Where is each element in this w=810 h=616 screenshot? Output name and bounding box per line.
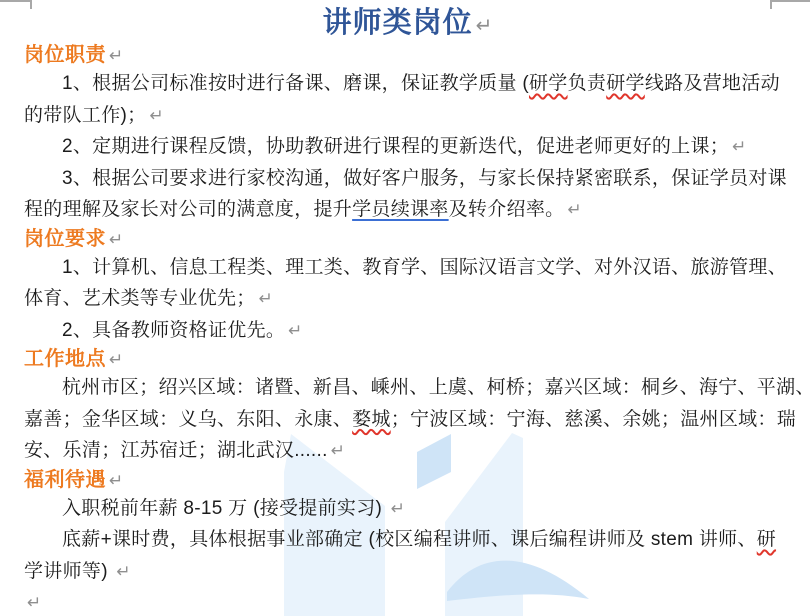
paragraph-mark: ↵ [146,106,164,125]
text-run: 福利待遇 [24,469,106,491]
document-page: 讲师类岗位↵岗位职责↵1、根据公司标准按时进行备课、磨课，保证教学质量 (研学负… [0,0,810,616]
text-run: 岗位要求 [24,228,106,250]
paragraph-mark: ↵ [256,289,274,308]
text-run: 底薪+课时费，具体根据事业部确定 (校区编程讲师、课后编程讲师及 stem 讲师… [62,529,757,550]
spell-error-text: 研 [757,529,776,550]
paragraph-mark: ↵ [328,441,346,460]
text-run: 杭州市区；绍兴区域：诸暨、新昌、嵊州、上虞、柯桥；嘉兴区域：桐乡、海宁、平湖、 [62,377,810,398]
text-run: 1、计算机、信息工程类、理工类、教育学、国际汉语言文学、对外汉语、旅游管理、 [62,257,787,278]
text-line[interactable]: 的带队工作)；↵ [24,100,792,132]
section-heading[interactable]: 福利待遇↵ [24,467,792,493]
paragraph-mark: ↵ [388,499,406,518]
paragraph-mark: ↵ [24,593,42,612]
text-line[interactable]: 1、计算机、信息工程类、理工类、教育学、国际汉语言文学、对外汉语、旅游管理、 [24,252,792,284]
text-run: 工作地点 [24,348,106,370]
text-run: 入职税前年薪 8-15 万 (接受提前实习) [62,498,388,519]
section-heading[interactable]: 工作地点↵ [24,346,792,372]
document-text-area[interactable]: 讲师类岗位↵岗位职责↵1、根据公司标准按时进行备课、磨课，保证教学质量 (研学负… [0,0,810,616]
text-run: 学讲师等) [24,561,113,582]
text-line[interactable]: 安、乐清；江苏宿迁；湖北武汉......↵ [24,435,792,467]
text-line[interactable]: 杭州市区；绍兴区域：诸暨、新昌、嵊州、上虞、柯桥；嘉兴区域：桐乡、海宁、平湖、 [24,372,792,404]
text-line[interactable]: 入职税前年薪 8-15 万 (接受提前实习) ↵ [24,493,792,525]
text-line[interactable]: 学讲师等) ↵ [24,556,792,588]
paragraph-mark: ↵ [473,15,494,37]
text-line[interactable]: ↵ [24,587,792,616]
spell-error-text: 婺城 [352,409,391,430]
text-line[interactable]: 嘉善；金华区域：义乌、东阳、永康、婺城；宁波区域：宁海、慈溪、余姚；温州区域：瑞 [24,404,792,436]
text-run: 安、乐清；江苏宿迁；湖北武汉...... [24,440,328,461]
text-line[interactable]: 体育、艺术类等专业优先；↵ [24,283,792,315]
text-run: 讲师类岗位 [323,7,473,39]
text-run: 线路及营地活动 [645,73,780,94]
text-run: 2、具备教师资格证优先。 [62,320,285,341]
text-line[interactable]: 程的理解及家长对公司的满意度，提升学员续课率及转介绍率。↵ [24,194,792,226]
text-line[interactable]: 底薪+课时费，具体根据事业部确定 (校区编程讲师、课后编程讲师及 stem 讲师… [24,524,792,556]
text-line[interactable]: 2、定期进行课程反馈，协助教研进行课程的更新迭代，促进老师更好的上课；↵ [24,131,792,163]
text-line[interactable]: 1、根据公司标准按时进行备课、磨课，保证教学质量 (研学负责研学线路及营地活动 [24,68,792,100]
text-line[interactable]: 3、根据公司要求进行家校沟通，做好客户服务，与家长保持紧密联系，保证学员对课 [24,163,792,195]
paragraph-mark: ↵ [106,46,124,65]
text-run: 体育、艺术类等专业优先； [24,288,256,309]
paragraph-mark: ↵ [113,562,131,581]
paragraph-mark: ↵ [285,321,303,340]
paragraph-mark: ↵ [729,137,747,156]
text-run: 及转介绍率。 [449,199,565,220]
document-title[interactable]: 讲师类岗位↵ [24,6,792,42]
text-line[interactable]: 2、具备教师资格证优先。↵ [24,315,792,347]
text-run: 的带队工作)； [24,105,146,126]
spell-error-text: 研学 [529,73,568,94]
text-run: 负责 [568,73,607,94]
text-run: 2、定期进行课程反馈，协助教研进行课程的更新迭代，促进老师更好的上课； [62,136,729,157]
paragraph-mark: ↵ [106,350,124,369]
text-run: 1、根据公司标准按时进行备课、磨课，保证教学质量 ( [62,73,529,94]
spell-error-text: 研学 [606,73,645,94]
text-run: ；宁波区域：宁海、慈溪、余姚；温州区域：瑞 [391,409,796,430]
section-heading[interactable]: 岗位要求↵ [24,226,792,252]
text-run: 程的理解及家长对公司的满意度，提升 [24,199,352,220]
text-run: 岗位职责 [24,44,106,66]
section-heading[interactable]: 岗位职责↵ [24,42,792,68]
grammar-flagged-text: 学员续课率 [352,199,449,220]
text-run: 嘉善；金华区域：义乌、东阳、永康、 [24,409,352,430]
text-run: 3、根据公司要求进行家校沟通，做好客户服务，与家长保持紧密联系，保证学员对课 [62,168,787,189]
paragraph-mark: ↵ [564,200,582,219]
paragraph-mark: ↵ [106,230,124,249]
paragraph-mark: ↵ [106,471,124,490]
